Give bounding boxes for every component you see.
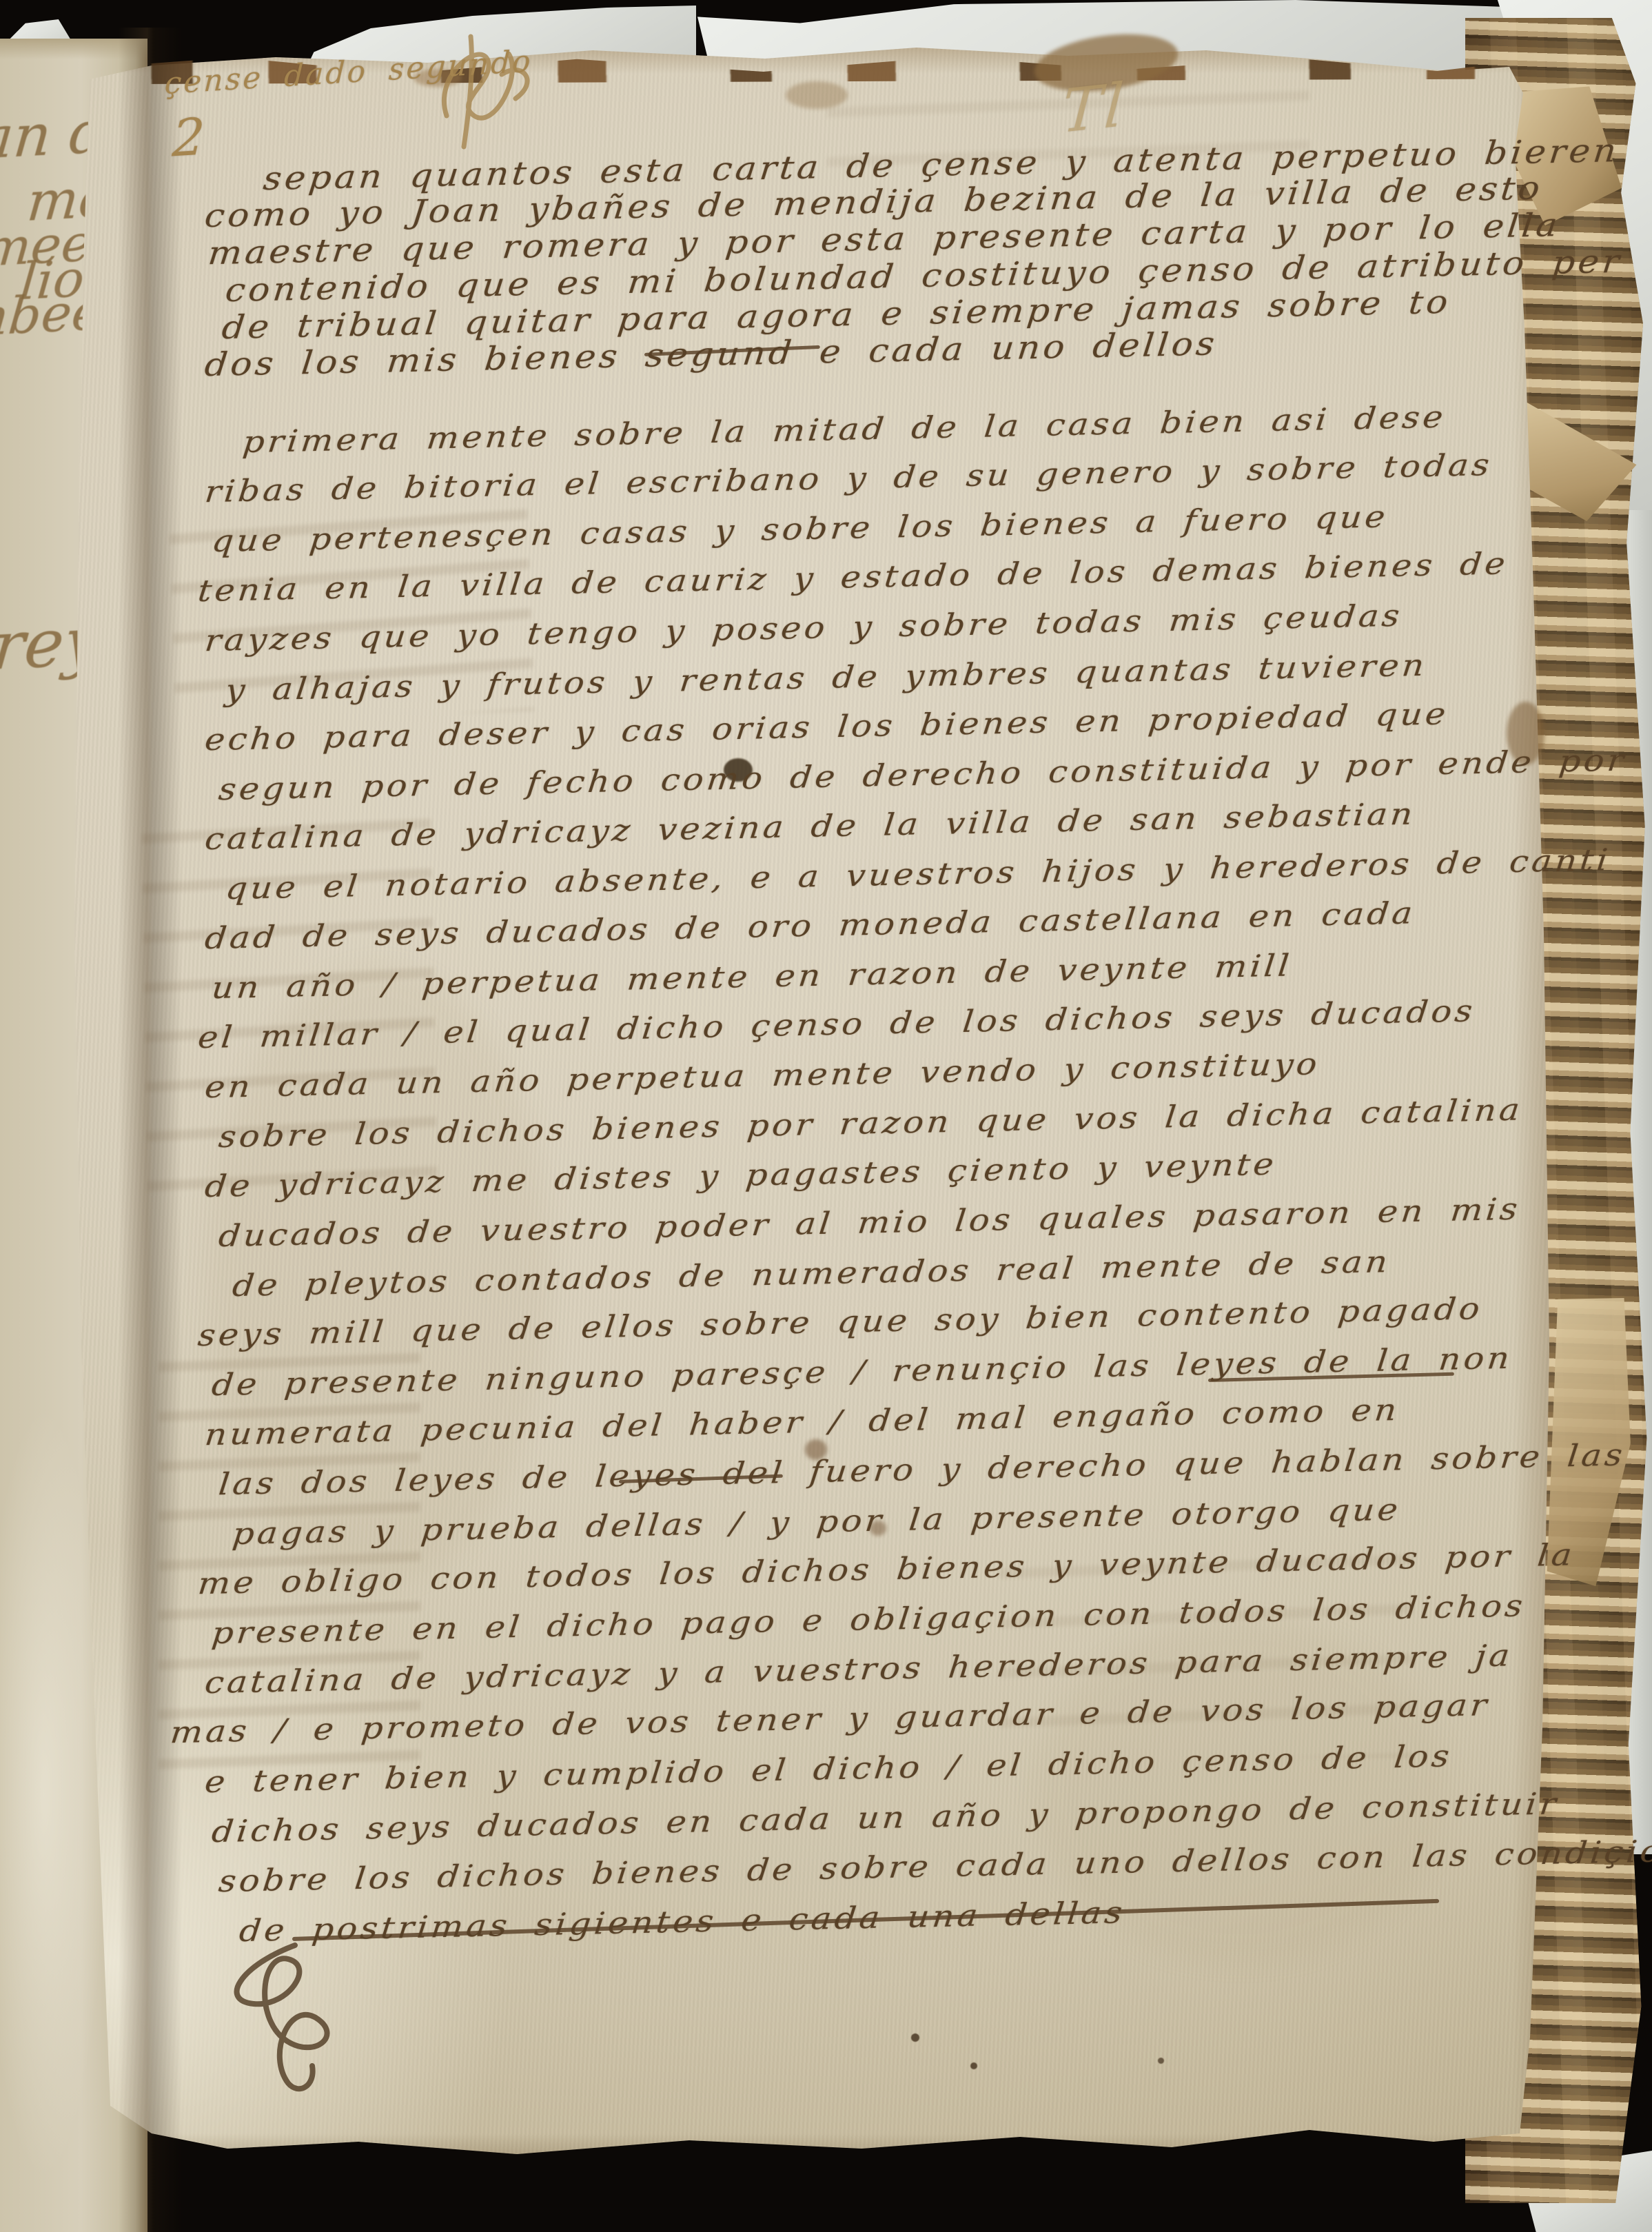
manuscript-line: ribas de bitoria el escribano y de su ge… bbox=[203, 447, 1494, 509]
manuscript-line: primera mente sobre la mitad de la casa … bbox=[241, 399, 1448, 460]
manuscript-line: sobre los dichos bienes por razon que vo… bbox=[217, 1092, 1524, 1155]
manuscript-line: que pertenesçen casas y sobre los bienes… bbox=[210, 499, 1390, 559]
manuscript-line: el millar / el qual dicho çenso de los d… bbox=[196, 993, 1477, 1055]
manuscript-line: de pleytos contados de numerados real me… bbox=[231, 1244, 1392, 1303]
corner-pen-mark: Tl bbox=[1060, 70, 1128, 147]
manuscript-line: y alhajas y frutos y rentas de ymbres qu… bbox=[224, 647, 1429, 708]
manuscript-line: seys mill que de ellos sobre que soy bie… bbox=[196, 1291, 1485, 1353]
folio-number: 2 bbox=[171, 107, 208, 168]
handwriting-layer: çense dado segundo 2 Tl sepan quantos es… bbox=[0, 0, 1652, 2232]
notary-paraph bbox=[212, 1938, 391, 2097]
manuscript-line: de ydricayz me distes y pagastes çiento … bbox=[203, 1146, 1278, 1204]
manuscript-line: echo para deser y cas orias los bienes e… bbox=[203, 696, 1451, 758]
manuscript-line: catalina de ydricayz vezina de la villa … bbox=[203, 796, 1417, 857]
manuscript-line: dad de seys ducados de oro moneda castel… bbox=[203, 895, 1417, 956]
heading-rubric-flourish bbox=[405, 33, 543, 150]
manuscript-line: en cada un año perpetua mente vendo y co… bbox=[203, 1046, 1322, 1105]
manuscript-photo: an demomeelionbeerey çense dado segundo … bbox=[0, 0, 1652, 2232]
manuscript-line: numerata pecunia del haber / del mal eng… bbox=[203, 1392, 1401, 1452]
manuscript-line: rayzes que yo tengo y poseo y sobre toda… bbox=[203, 598, 1405, 659]
manuscript-line: pagas y prueba dellas / y por la present… bbox=[231, 1492, 1403, 1552]
manuscript-line: e tener bien y cumplido el dicho / el di… bbox=[203, 1738, 1454, 1800]
manuscript-line: de postrimas sigientes e cada una dellas bbox=[238, 1895, 1127, 1949]
manuscript-line: ducados de vuestro poder al mio los qual… bbox=[217, 1191, 1522, 1254]
manuscript-line: un año / perpetua mente en razon de veyn… bbox=[210, 948, 1294, 1006]
